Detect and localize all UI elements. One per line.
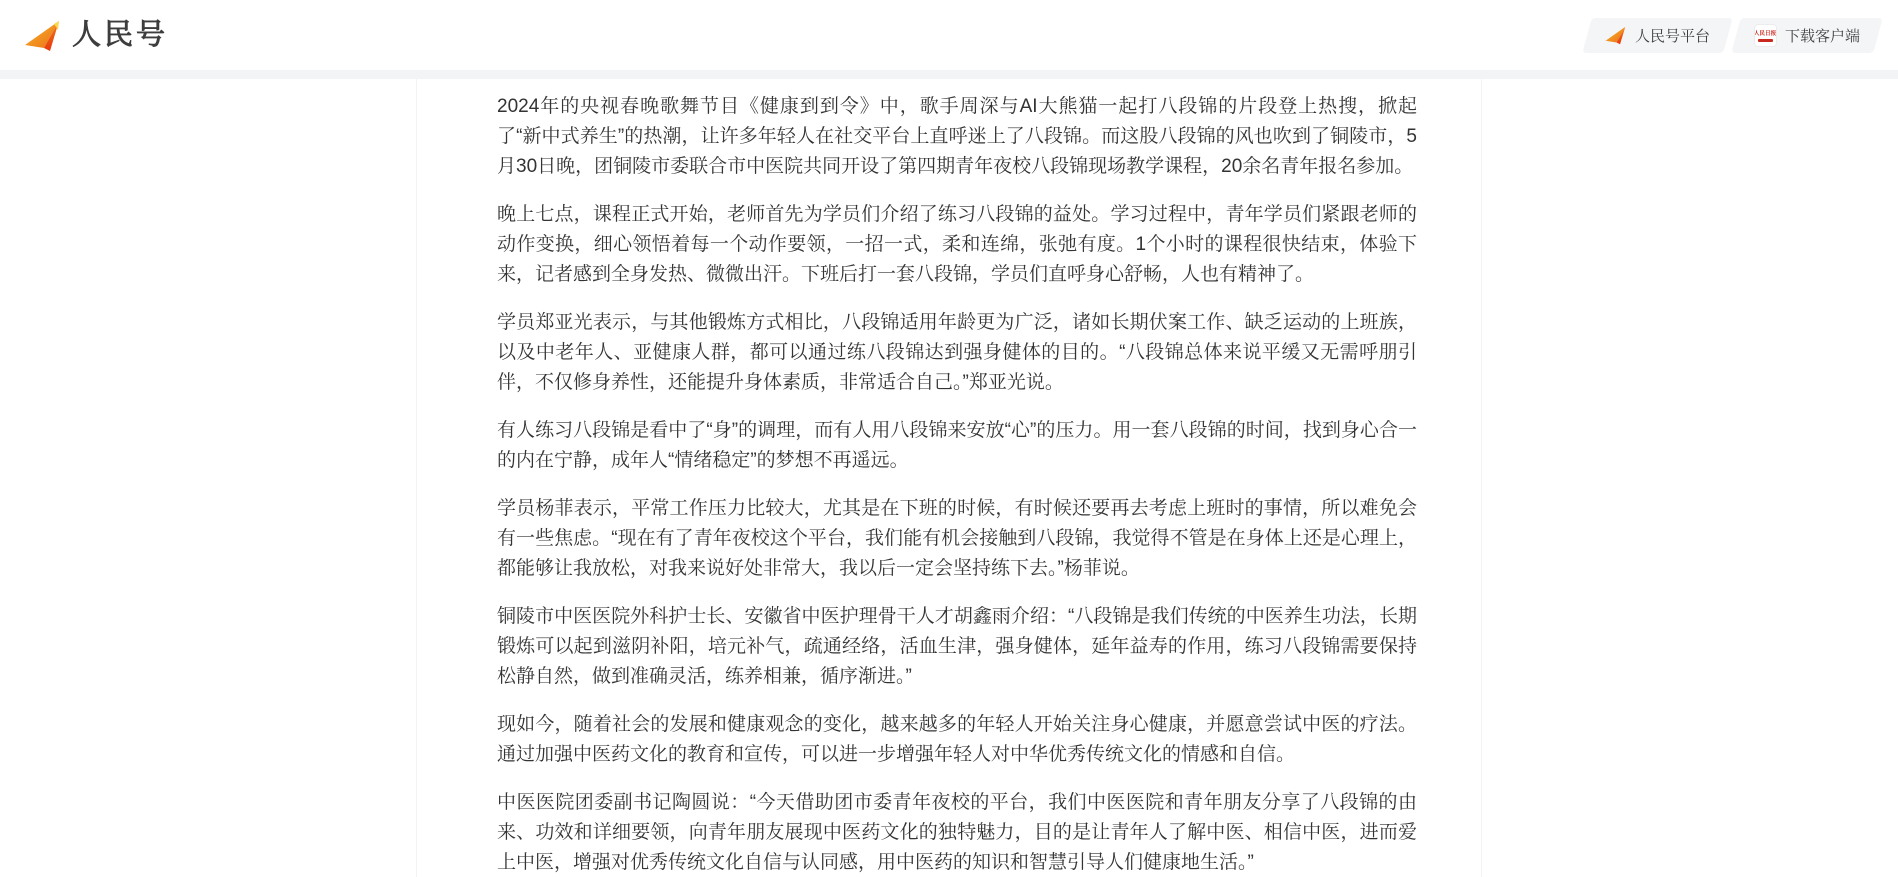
peoples-daily-app-icon: 人民日报 [1754,24,1777,47]
article-body: 2024年的央视春晚歌舞节目《健康到到令》中，歌手周深与AI大熊猫一起打八段锦的… [497,92,1417,877]
header-nav: 人民号平台 人民日报 下载客户端 [1587,18,1878,53]
article-paragraph-8: 中医医院团委副书记陶圆说：“今天借助团市委青年夜校的平台，我们中医医院和青年朋友… [497,788,1417,877]
article-paragraph-6: 铜陵市中医医院外科护士长、安徽省中医护理骨干人才胡鑫雨介绍：“八段锦是我们传统的… [497,602,1417,692]
header-divider-band [0,70,1898,79]
paper-plane-icon [1605,25,1627,45]
platform-button[interactable]: 人民号平台 [1587,18,1728,53]
peoples-daily-app-icon-bar [1758,39,1773,42]
article-paragraph-1: 2024年的央视春晚歌舞节目《健康到到令》中，歌手周深与AI大熊猫一起打八段锦的… [497,92,1417,182]
logo-text: 人民号 [72,21,168,50]
article-card: 2024年的央视春晚歌舞节目《健康到到令》中，歌手周深与AI大熊猫一起打八段锦的… [416,79,1482,877]
article-paragraph-3: 学员郑亚光表示，与其他锻炼方式相比，八段锦适用年龄更为广泛，诸如长期伏案工作、缺… [497,308,1417,398]
article-paragraph-2: 晚上七点，课程正式开始，老师首先为学员们介绍了练习八段锦的益处。学习过程中，青年… [497,200,1417,290]
site-header: 人民号 人民号平台 人民日报 下载客户端 [0,0,1898,70]
platform-button-label: 人民号平台 [1635,25,1710,46]
paper-plane-icon [24,18,62,52]
peoples-daily-app-icon-text: 人民日报 [1754,30,1776,36]
article-paragraph-4: 有人练习八段锦是看中了“身”的调理，而有人用八段锦来安放“心”的压力。用一套八段… [497,416,1417,476]
download-client-button[interactable]: 人民日报 下载客户端 [1736,18,1878,53]
article-paragraph-7: 现如今，随着社会的发展和健康观念的变化，越来越多的年轻人开始关注身心健康，并愿意… [497,710,1417,770]
logo[interactable]: 人民号 [24,18,168,52]
article-paragraph-5: 学员杨菲表示，平常工作压力比较大，尤其是在下班的时候，有时候还要再去考虑上班时的… [497,494,1417,584]
download-client-button-label: 下载客户端 [1785,25,1860,46]
